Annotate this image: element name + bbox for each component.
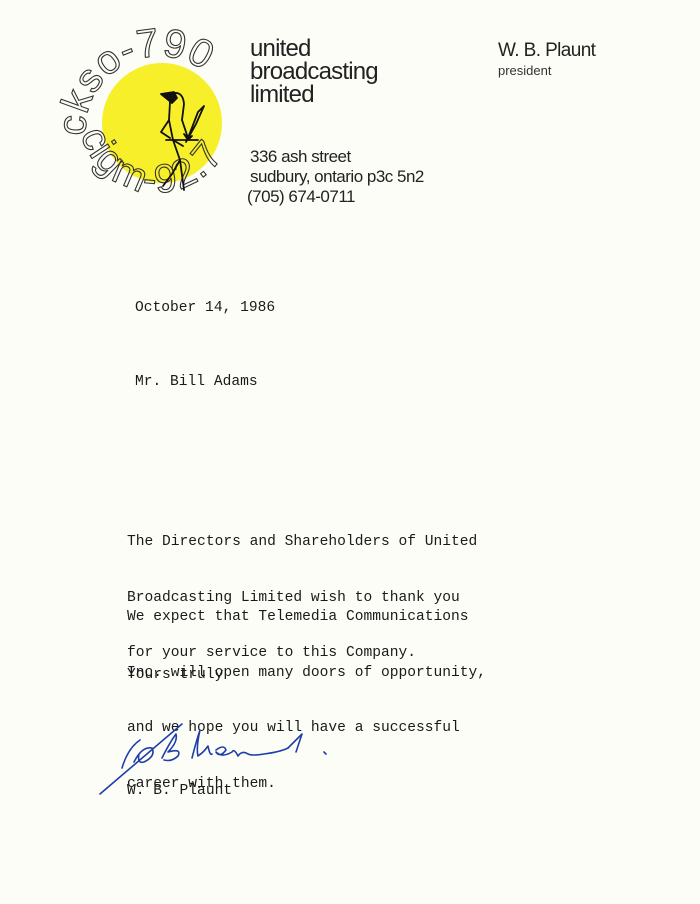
letter-recipient: Mr. Bill Adams [135, 373, 258, 392]
company-name-line: limited [250, 83, 378, 106]
company-name: united broadcasting limited [250, 37, 378, 106]
president-block: W. B. Plaunt president [498, 40, 595, 78]
address-line: sudbury, ontario p3c 5n2 [250, 167, 424, 187]
president-name: W. B. Plaunt [498, 40, 595, 62]
company-name-line: broadcasting [250, 60, 378, 83]
company-address: 336 ash street sudbury, ontario p3c 5n2 … [250, 147, 424, 207]
company-name-line: united [250, 37, 378, 60]
paragraph-line: The Directors and Shareholders of United [127, 533, 477, 552]
station-logo: ckso-790 cigm-92.7 [58, 20, 248, 220]
phone-number: (705) 674-0711 [247, 187, 424, 207]
signer-name: W. B. Plaunt [127, 782, 232, 801]
president-title: president [498, 63, 595, 78]
letter-closing: Yours truly [127, 666, 223, 685]
address-line: 336 ash street [250, 147, 424, 167]
letter-date: October 14, 1986 [135, 299, 275, 318]
paragraph-line: We expect that Telemedia Communications [127, 608, 486, 627]
